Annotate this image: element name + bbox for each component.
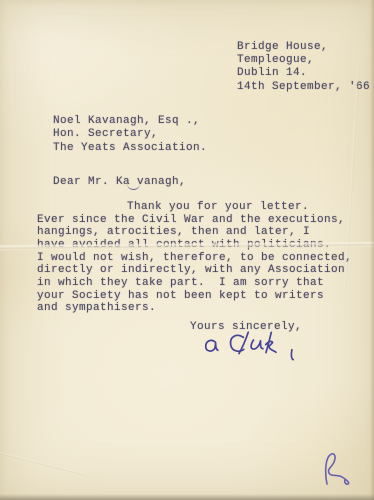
paper-right-edge-shadow [370, 0, 374, 500]
body-line: hangings, atrocities, then and later, I [37, 226, 367, 239]
salutation-line: Dear Mr. Ka vanagh, [53, 176, 186, 188]
body-line: Thank you for your letter. [37, 201, 367, 214]
paper-bottom-edge-shadow [0, 494, 374, 500]
letter-body: Thank you for your letter. Ever since th… [37, 201, 367, 315]
recipient-org-line: The Yeats Association. [53, 142, 207, 155]
signature-letter-a [206, 340, 218, 351]
paper-crease-bottom-left [0, 451, 83, 475]
annotation-r-path [326, 454, 349, 484]
signature-letter-r [251, 340, 263, 349]
body-line: directly or indirectly, with any Associa… [37, 264, 367, 277]
sender-address-block: Bridge House, Templeogue, Dublin 14. 14t… [237, 41, 370, 94]
recipient-block: Noel Kavanagh, Esq ., Hon. Secretary, Th… [53, 115, 207, 155]
signature-scribble: a Clark [199, 329, 311, 378]
recipient-title-line: Hon. Secretary, [53, 128, 207, 141]
letter-page: Bridge House, Templeogue, Dublin 14. 14t… [0, 0, 374, 500]
signature-letter-k [265, 332, 276, 352]
recipient-name-line: Noel Kavanagh, Esq ., [53, 115, 207, 128]
sender-address-line: Dublin 14. [237, 67, 370, 80]
body-line: I would not wish, therefore, to be conne… [37, 252, 367, 265]
signature-descender-mark [291, 350, 293, 360]
body-line: your Society has not been kept to writer… [37, 290, 367, 303]
body-line: Ever since the Civil War and the executi… [37, 214, 367, 227]
letter-date-line: 14th September, '66 [237, 81, 370, 94]
sender-address-line: Bridge House, [237, 41, 370, 54]
annotation-r-mark: R [316, 449, 362, 491]
sender-address-line: Templeogue, [237, 54, 370, 67]
body-line: and sympathisers. [37, 302, 367, 315]
body-line: in which they take part. I am sorry that [37, 277, 367, 290]
handwritten-connector-mark [127, 183, 140, 190]
